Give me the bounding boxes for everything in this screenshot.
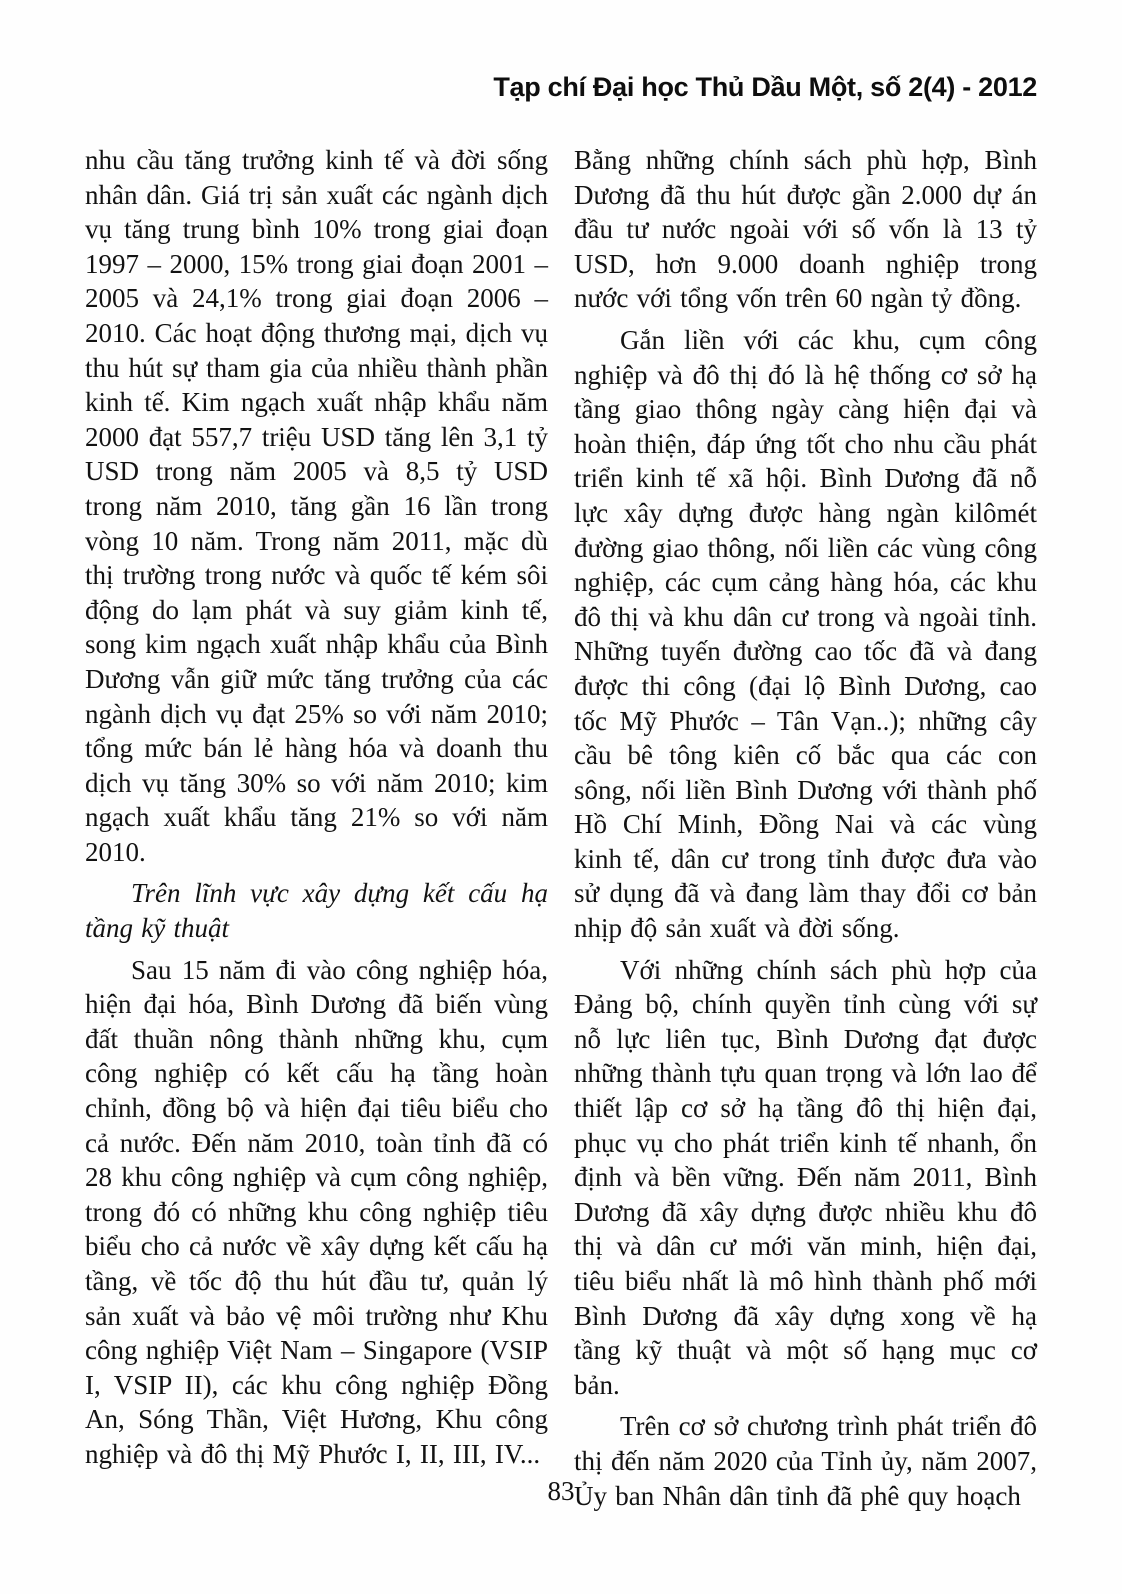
- section-heading-italic: Trên lĩnh vực xây dựng kết cấu hạ tầng k…: [85, 876, 548, 945]
- paragraph: Gắn liền với các khu, cụm công nghiệp và…: [574, 323, 1037, 946]
- paragraph: Sau 15 năm đi vào công nghiệp hóa, hiện …: [85, 953, 548, 1472]
- paragraph: Với những chính sách phù hợp của Đảng bộ…: [574, 953, 1037, 1403]
- journal-header-title: Tạp chí Đại học Thủ Dầu Một, số 2(4) - 2…: [85, 72, 1037, 103]
- page-number: 83: [0, 1476, 1122, 1507]
- paragraph-continuation: Bằng những chính sách phù hợp, Bình Dươn…: [574, 143, 1037, 316]
- text-columns: nhu cầu tăng trưởng kinh tế và đời sống …: [85, 143, 1037, 1520]
- journal-page: Tạp chí Đại học Thủ Dầu Một, số 2(4) - 2…: [0, 0, 1122, 1594]
- paragraph-continuation: nhu cầu tăng trưởng kinh tế và đời sống …: [85, 143, 548, 869]
- text-column-right: Bằng những chính sách phù hợp, Bình Dươn…: [574, 143, 1037, 1520]
- text-column-left: nhu cầu tăng trưởng kinh tế và đời sống …: [85, 143, 548, 1520]
